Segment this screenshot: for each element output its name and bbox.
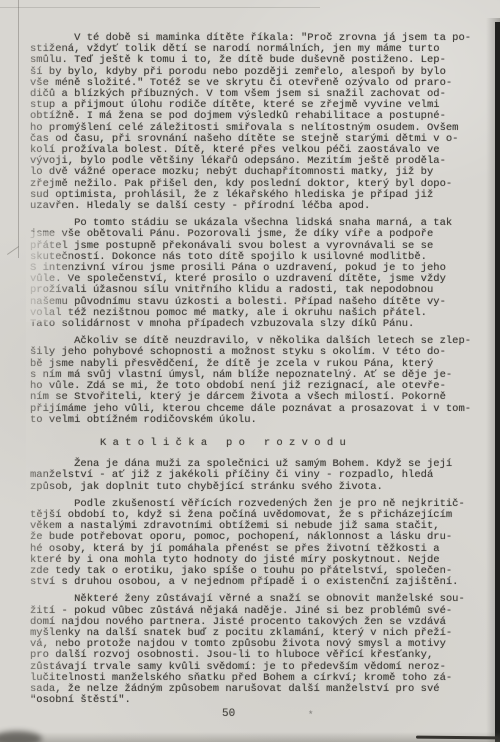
page-text: V té době si maminka dítěte říkala: "Pro…: [30, 33, 471, 706]
paragraph: Po tomto stádiu se ukázala všechna lidsk…: [30, 218, 471, 330]
scan-artifact-top-line: [0, 7, 320, 8]
paragraph: Podle zkušeností věřících rozvedených že…: [30, 499, 471, 589]
section-heading: K a t o l i č k a p o r o z v o d u: [100, 438, 471, 449]
scan-artifact-right-edge: [495, 22, 500, 742]
section-katolicka-po-rozvodu: K a t o l i č k a p o r o z v o d u Žena…: [30, 438, 471, 706]
paragraph: Ačkoliv se dítě neuzdravilo, v několika …: [30, 336, 471, 426]
page-number: 50: [222, 708, 235, 720]
paragraph: Žena je dána muži za společnici už samým…: [30, 459, 471, 493]
scan-artifact-left-line: [18, 0, 19, 258]
paragraph: Některé ženy zůstávají věrné a snaží se …: [30, 594, 471, 706]
scanned-page: V té době si maminka dítěte říkala: "Pro…: [0, 0, 500, 742]
footer-mark: *: [308, 710, 313, 720]
paragraph: V té době si maminka dítěte říkala: "Pro…: [30, 33, 471, 212]
section-child-story: V té době si maminka dítěte říkala: "Pro…: [30, 33, 471, 426]
